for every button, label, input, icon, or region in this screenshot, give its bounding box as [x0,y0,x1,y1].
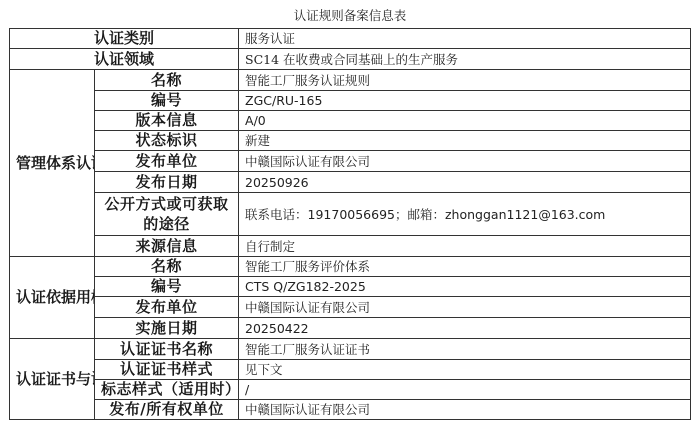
table-row: 认证证书样式 见下文 [10,360,691,380]
row-key: 版本信息 [95,111,239,131]
row-value: 中赣国际认证有限公司 [239,151,691,172]
row-value: 20250422 [239,318,691,339]
table-row: 公开方式或可获取的途径 联系电话：19170056695；邮箱：zhonggan… [10,193,691,236]
row-value: 20250926 [239,172,691,193]
table-row: 认证证书与认证标志 认证证书名称 智能工厂服务认证证书 [10,339,691,360]
document-title: 认证规则备案信息表 [0,6,700,24]
group-label-certificate-mark: 认证证书与认证标志 [10,339,95,420]
row-key: 公开方式或可获取的途径 [95,193,239,236]
row-key: 名称 [95,257,239,277]
row-key: 认证领域 [10,49,239,70]
table-row: 版本信息 A/0 [10,111,691,131]
row-value: 智能工厂服务认证证书 [239,339,691,360]
group-label-standards: 认证依据用标准或技术规范 [10,257,95,339]
row-value: 智能工厂服务评价体系 [239,257,691,277]
row-key: 认证证书名称 [95,339,239,360]
table-row-cert-category: 认证类别 服务认证 [10,29,691,49]
row-value: 中赣国际认证有限公司 [239,297,691,318]
row-key: 发布单位 [95,297,239,318]
row-key: 来源信息 [95,236,239,257]
row-key: 认证证书样式 [95,360,239,380]
table-row: 标志样式（适用时） / [10,380,691,400]
row-value: 智能工厂服务认证规则 [239,70,691,91]
row-key: 实施日期 [95,318,239,339]
table-row: 管理体系认证规则 名称 智能工厂服务认证规则 [10,70,691,91]
table-row: 发布日期 20250926 [10,172,691,193]
table-row: 发布/所有权单位 中赣国际认证有限公司 [10,400,691,420]
row-key: 发布单位 [95,151,239,172]
row-value: SC14 在收费或合同基础上的生产服务 [239,49,691,70]
info-table: 认证类别 服务认证 认证领域 SC14 在收费或合同基础上的生产服务 管理体系认… [9,28,691,420]
row-key: 认证类别 [10,29,239,49]
row-value: 自行制定 [239,236,691,257]
row-value: CTS Q/ZG182-2025 [239,277,691,297]
row-key: 名称 [95,70,239,91]
row-value: 联系电话：19170056695；邮箱：zhonggan1121@163.com [239,193,691,236]
row-key: 编号 [95,277,239,297]
table-row: 发布单位 中赣国际认证有限公司 [10,297,691,318]
row-key: 编号 [95,91,239,111]
table-row: 认证依据用标准或技术规范 名称 智能工厂服务评价体系 [10,257,691,277]
table-row-cert-field: 认证领域 SC14 在收费或合同基础上的生产服务 [10,49,691,70]
table-row: 实施日期 20250422 [10,318,691,339]
row-value: / [239,380,691,400]
table-row: 发布单位 中赣国际认证有限公司 [10,151,691,172]
table-row: 状态标识 新建 [10,131,691,151]
row-value: 中赣国际认证有限公司 [239,400,691,420]
row-value: 新建 [239,131,691,151]
row-value: A/0 [239,111,691,131]
row-value: ZGC/RU-165 [239,91,691,111]
row-value: 服务认证 [239,29,691,49]
table-row: 来源信息 自行制定 [10,236,691,257]
table-row: 编号 CTS Q/ZG182-2025 [10,277,691,297]
row-key: 发布日期 [95,172,239,193]
row-key: 发布/所有权单位 [95,400,239,420]
row-value: 见下文 [239,360,691,380]
table-row: 编号 ZGC/RU-165 [10,91,691,111]
row-key: 状态标识 [95,131,239,151]
group-label-management-rules: 管理体系认证规则 [10,70,95,257]
row-key: 标志样式（适用时） [95,380,239,400]
